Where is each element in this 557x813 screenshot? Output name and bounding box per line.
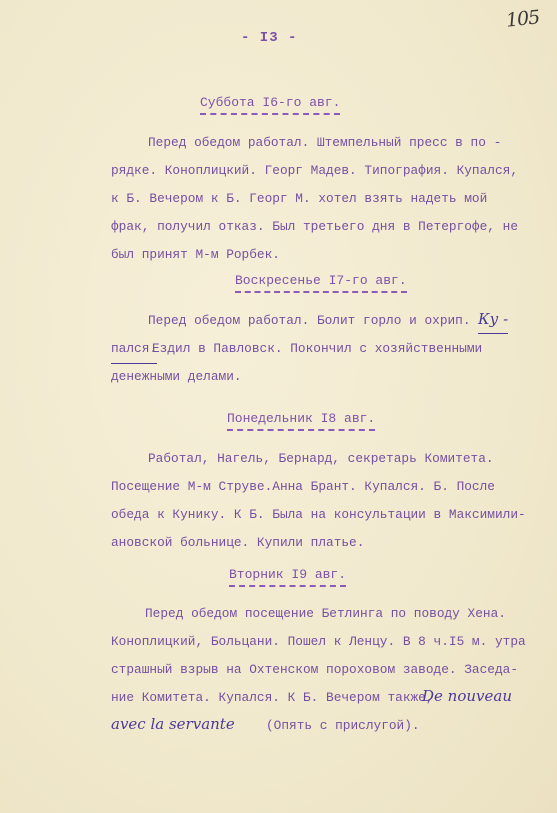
text-line: Посещение М-м Струве.Анна Брант. Купался… [111,473,495,501]
text-line-underlined: пался. [111,335,157,364]
handwritten-french-text: De nouveau [422,682,512,710]
handwritten-underline-ku: Ку - [478,305,508,334]
text-line: денежными делами. [111,363,242,391]
page-number: - I3 - [241,30,297,46]
text-line: страшный взрыв на Охтенском пороховом за… [111,656,518,684]
text-line: фрак, получил отказ. Был третьего дня в … [111,213,518,241]
text-line: обеда к Кунику. К Б. Была на консультаци… [111,501,526,529]
heading-text: Вторник I9 авг. [229,567,346,582]
text-line: (Опять с прислугой). [266,712,420,740]
heading-text: Воскресенье I7-го авг. [235,273,407,288]
text-line: ние Комитета. Купался. К Б. Вечером такж… [111,684,434,712]
text-line: Ездил в Павловск. Покончил с хозяйственн… [152,335,482,363]
entry-heading-tuesday: Вторник I9 авг. [229,567,346,587]
heading-underline [229,585,346,587]
entry-heading-sunday: Воскресенье I7-го авг. [235,273,407,293]
handwritten-french-text: avec la servante [111,710,235,738]
heading-underline [200,113,340,115]
text-line: Перед обедом работал. Болит горло и охри… [148,307,471,335]
text-line: рядке. Коноплицкий. Георг Мадев. Типогра… [111,157,518,185]
heading-underline [227,429,375,431]
heading-text: Понедельник I8 авг. [227,411,375,426]
heading-underline [235,291,407,293]
entry-heading-monday: Понедельник I8 авг. [227,411,375,431]
text-line: Перед обедом работал. Штемпельный пресс … [148,129,501,157]
text-line: Работал, Нагель, Бернард, секретарь Коми… [148,445,494,473]
text-line: к Б. Вечером к Б. Георг М. хотел взять н… [111,185,487,213]
folio-number: 105 [505,6,540,31]
entry-heading-saturday: Суббота I6-го авг. [200,95,340,115]
heading-text: Суббота I6-го авг. [200,95,340,110]
text-line: ановской больнице. Купили платье. [111,529,364,557]
text-line: Перед обедом посещение Бетлинга по повод… [145,600,506,628]
text-line: Коноплицкий, Больцани. Пошел к Ленцу. В … [111,628,526,656]
text-line: был принят М-м Рорбек. [111,241,280,269]
